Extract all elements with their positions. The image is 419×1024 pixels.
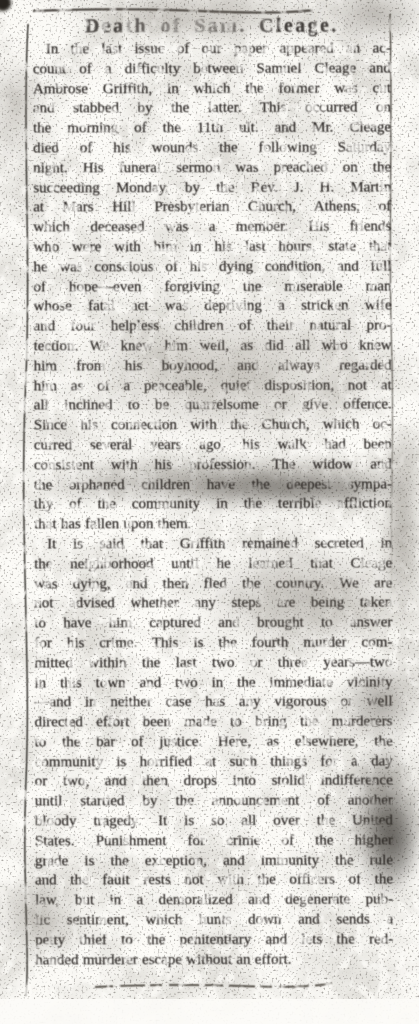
text-line: in this town and two in the immediate vi… — [34, 673, 392, 694]
ink-smudge — [0, 0, 11, 11]
text-line: succeeding Monday, by the Rev. J. H. Mar… — [33, 178, 391, 199]
bottom-rule — [95, 983, 332, 987]
text-line: directed effort been made to bring the m… — [35, 713, 393, 734]
text-line: community is horrified at such things fo… — [35, 752, 393, 773]
text-line: was dying, and then fled the country. We… — [34, 574, 392, 595]
article-paragraph-2: It is said that Griffith remained secret… — [34, 534, 393, 970]
text-line: that has fallen upon them. — [34, 515, 392, 536]
article-headline: Death of Sam. Cleage. — [33, 12, 391, 41]
text-line: petty thief to the penitentiary and lets… — [35, 930, 393, 951]
text-line: count of a difficulty between Samuel Cle… — [33, 59, 391, 80]
text-line: the neighborhood until he learned that C… — [34, 554, 392, 575]
text-line: at Mars Hill Presbyterian Church, Athens… — [33, 198, 391, 219]
text-line: In the last issue of our paper appeared … — [33, 40, 391, 61]
newspaper-clipping: Death of Sam. Cleage. In the last issue … — [0, 0, 419, 1024]
text-line: for his crime. This is the fourth murder… — [34, 633, 392, 654]
text-line: law, but in a demoralized and degenerate… — [35, 891, 393, 912]
left-column-rule — [24, 24, 28, 996]
text-line: him from his boyhood, and always regarde… — [34, 356, 392, 377]
text-line: to the bar of justice. Here, as elsewher… — [35, 732, 393, 753]
text-line: who were with him in his last hours, sta… — [33, 238, 391, 259]
text-line: tection. We knew him well, as did all wh… — [34, 336, 392, 357]
text-line: the morning of the 11th ult. and Mr. Cle… — [33, 119, 391, 140]
text-line: died of his wounds the following Saturda… — [33, 139, 391, 160]
text-line: of hope—even forgiving the miserable man — [33, 277, 391, 298]
text-line: It is said that Griffith remained secret… — [34, 534, 392, 555]
text-line: consistent with his profession. The wido… — [34, 455, 392, 476]
article-text-column: Death of Sam. Cleage. In the last issue … — [33, 12, 394, 971]
text-line: Ambrose Griffith, in which the former wa… — [33, 79, 391, 100]
text-line: mitted within the last two or three year… — [34, 653, 392, 674]
text-line: and four helpless children of their natu… — [34, 317, 392, 338]
text-line: and the fault rests not with the officer… — [35, 871, 393, 892]
text-line: grade is the exception, and immunity the… — [35, 851, 393, 872]
text-line: thy of the community in the terrible aff… — [34, 495, 392, 516]
text-line: to have him captured and brought to answ… — [34, 614, 392, 635]
text-line: bloody tragedy. It is so all over the Un… — [35, 812, 393, 833]
text-line: lic sentiment, which hunts down and send… — [35, 911, 393, 932]
text-line: not advised whether any steps are being … — [34, 594, 392, 615]
text-line: him as of a peaceable, quiet disposition… — [34, 376, 392, 397]
text-line: and stabbed by the latter. This occurred… — [33, 99, 391, 120]
text-line: he was conscious of his dying condition,… — [33, 257, 391, 278]
text-line: whose fatal act was depriving a stricken… — [33, 297, 391, 318]
text-line: States. Punishment for crime of the high… — [35, 831, 393, 852]
text-line: curred several years ago, his walk had b… — [34, 435, 392, 456]
text-line: or two, and then drops into stolid indif… — [35, 772, 393, 793]
text-line: night. His funeral sermon was preached o… — [33, 158, 391, 179]
bottom-margin — [0, 999, 419, 1024]
text-line: —and in neither case has any vigorous or… — [35, 693, 393, 714]
text-line: until startled by the announcement of an… — [35, 792, 393, 813]
text-line: handed murderer escape without an effort… — [35, 950, 393, 971]
text-line: the orphaned children have the deepest s… — [34, 475, 392, 496]
text-line: Since his connection with the Church, wh… — [34, 416, 392, 437]
article-paragraph-1: In the last issue of our paper appeared … — [33, 40, 392, 536]
text-line: all inclined to be quarrelsome or give o… — [34, 396, 392, 417]
text-line: which deceased was a member. His friends — [33, 218, 391, 239]
